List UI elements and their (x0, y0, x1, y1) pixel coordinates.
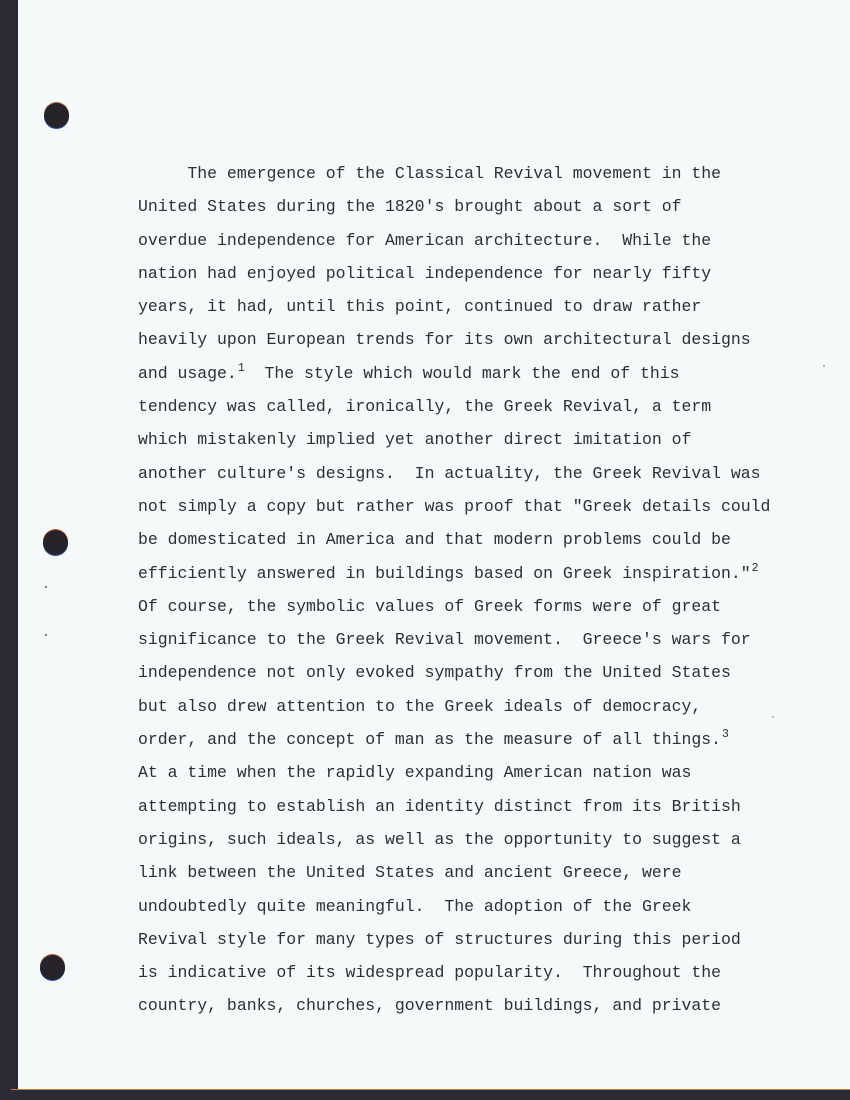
text-line: United States during the 1820's brought … (138, 195, 770, 228)
text-line: attempting to establish an identity dist… (138, 795, 770, 828)
text-line: years, it had, until this point, continu… (138, 295, 770, 328)
text-line: Revival style for many types of structur… (138, 928, 770, 961)
line-text: attempting to establish an identity dist… (138, 797, 741, 816)
line-text: nation had enjoyed political independenc… (138, 264, 711, 283)
line-text: United States during the 1820's brought … (138, 197, 682, 216)
line-text-continuation: The style which would mark the end of th… (245, 364, 680, 383)
line-text: At a time when the rapidly expanding Ame… (138, 763, 691, 782)
line-text: tendency was called, ironically, the Gre… (138, 397, 711, 416)
line-text: order, and the concept of man as the mea… (138, 730, 721, 749)
punch-hole-top (44, 103, 69, 128)
scanner-bottom-edge (0, 1090, 850, 1100)
text-line: which mistakenly implied yet another dir… (138, 428, 770, 461)
scan-speck (823, 365, 825, 367)
text-line: but also drew attention to the Greek ide… (138, 695, 770, 728)
text-line: order, and the concept of man as the mea… (138, 728, 770, 761)
punch-hole-bottom (40, 955, 65, 980)
scan-speck (45, 586, 47, 588)
footnote-marker: 2 (752, 562, 759, 575)
footnote-marker: 3 (722, 728, 729, 741)
line-text: The emergence of the Classical Revival m… (138, 164, 721, 183)
text-line: Of course, the symbolic values of Greek … (138, 595, 770, 628)
line-text: and usage. (138, 364, 237, 383)
text-line: is indicative of its widespread populari… (138, 961, 770, 994)
text-line: overdue independence for American archit… (138, 229, 770, 262)
text-line: The emergence of the Classical Revival m… (138, 162, 770, 195)
text-line: origins, such ideals, as well as the opp… (138, 828, 770, 861)
scanner-left-edge (0, 0, 18, 1100)
text-line: nation had enjoyed political independenc… (138, 262, 770, 295)
line-text: which mistakenly implied yet another dir… (138, 430, 691, 449)
text-line: efficiently answered in buildings based … (138, 562, 770, 595)
text-line: undoubtedly quite meaningful. The adopti… (138, 895, 770, 928)
text-line: link between the United States and ancie… (138, 861, 770, 894)
document-body: The emergence of the Classical Revival m… (138, 162, 770, 1028)
text-line: and usage.1 The style which would mark t… (138, 362, 770, 395)
line-text: another culture's designs. In actuality,… (138, 464, 761, 483)
line-text: not simply a copy but rather was proof t… (138, 497, 770, 516)
line-text: undoubtedly quite meaningful. The adopti… (138, 897, 691, 916)
line-text: is indicative of its widespread populari… (138, 963, 721, 982)
line-text: significance to the Greek Revival moveme… (138, 630, 751, 649)
line-text: origins, such ideals, as well as the opp… (138, 830, 741, 849)
line-text: Of course, the symbolic values of Greek … (138, 597, 721, 616)
line-text: Revival style for many types of structur… (138, 930, 741, 949)
text-line: tendency was called, ironically, the Gre… (138, 395, 770, 428)
line-text: but also drew attention to the Greek ide… (138, 697, 701, 716)
scan-speck (772, 716, 774, 718)
line-text: be domesticated in America and that mode… (138, 530, 731, 549)
footnote-marker: 1 (238, 362, 245, 375)
text-line: At a time when the rapidly expanding Ame… (138, 761, 770, 794)
text-line: heavily upon European trends for its own… (138, 328, 770, 361)
line-text: overdue independence for American archit… (138, 231, 711, 250)
text-line: independence not only evoked sympathy fr… (138, 661, 770, 694)
line-text: heavily upon European trends for its own… (138, 330, 751, 349)
line-text: link between the United States and ancie… (138, 863, 682, 882)
line-text: independence not only evoked sympathy fr… (138, 663, 731, 682)
scan-speck (45, 634, 47, 636)
text-line: significance to the Greek Revival moveme… (138, 628, 770, 661)
line-text: efficiently answered in buildings based … (138, 564, 751, 583)
text-line: not simply a copy but rather was proof t… (138, 495, 770, 528)
text-line: another culture's designs. In actuality,… (138, 462, 770, 495)
text-line: country, banks, churches, government bui… (138, 994, 770, 1027)
punch-hole-middle (43, 530, 68, 555)
line-text: country, banks, churches, government bui… (138, 996, 721, 1015)
line-text: years, it had, until this point, continu… (138, 297, 701, 316)
text-line: be domesticated in America and that mode… (138, 528, 770, 561)
